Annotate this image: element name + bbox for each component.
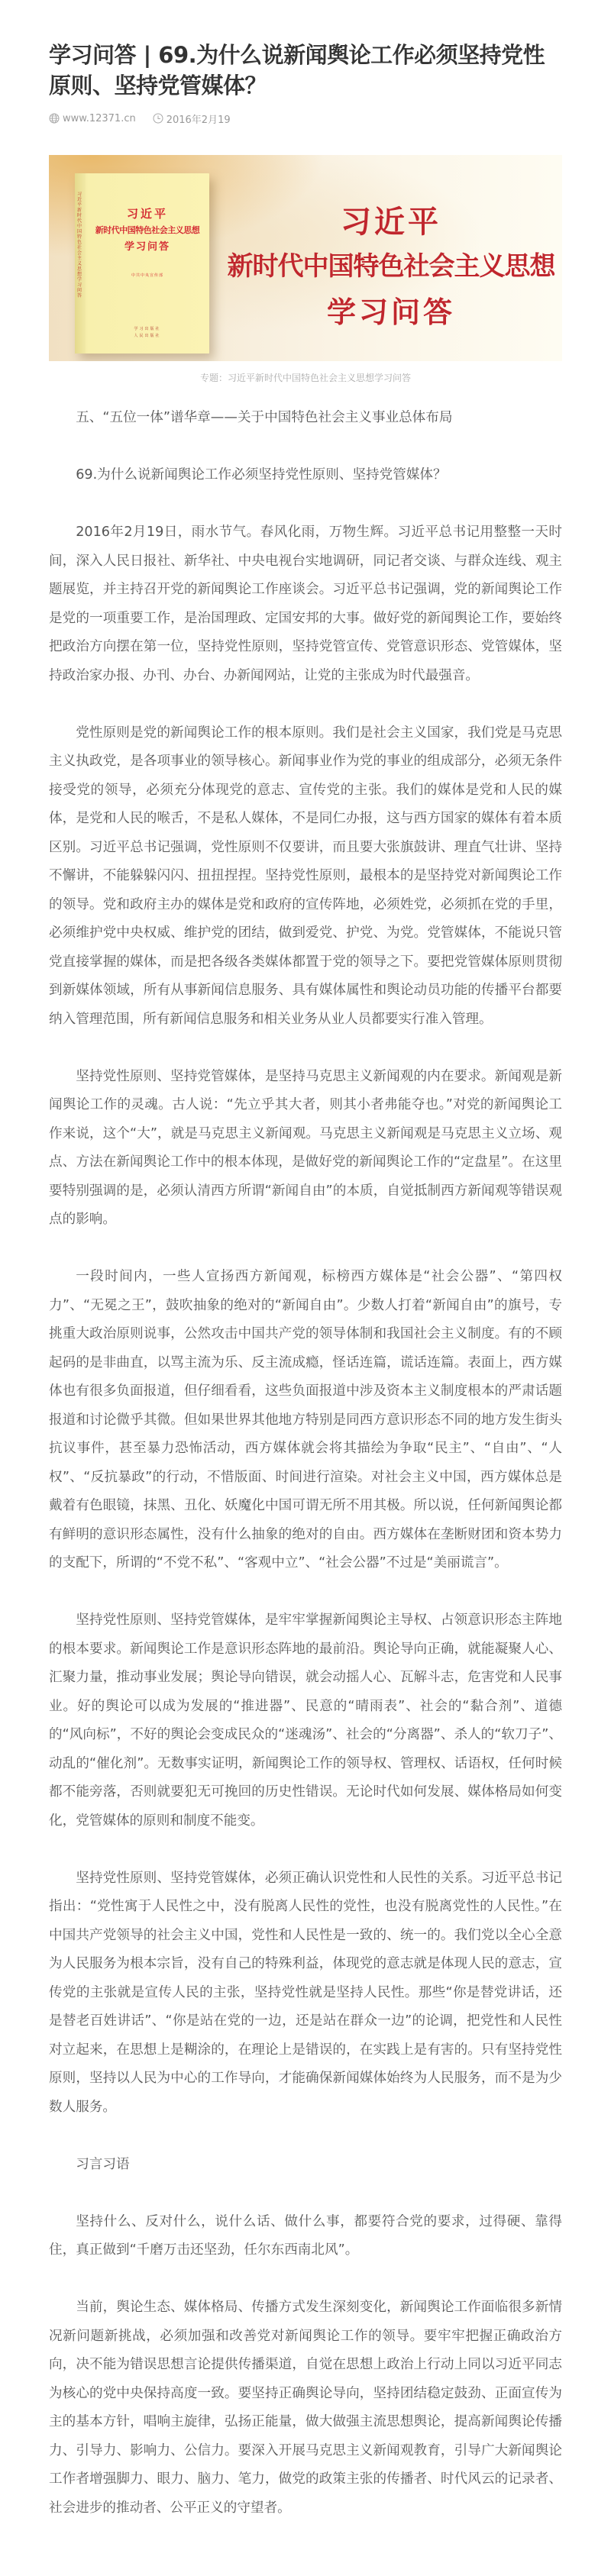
source-meta: www.12371.cn — [49, 113, 136, 124]
clock-icon — [153, 113, 163, 124]
hero-headline-line2: 新时代中国特色社会主义思想 — [226, 244, 556, 289]
hero-headline-line1: 习近平 — [226, 201, 556, 244]
body-paragraph: 党性原则是党的新闻舆论工作的根本原则。我们是社会主义国家，我们党是马克思主义执政… — [49, 719, 562, 1035]
body-paragraph: 2016年2月19日，雨水节气。春风化雨，万物生辉。习近平总书记用整整一天时间，… — [49, 518, 562, 690]
body-paragraph: 坚持党性原则、坚持党管媒体，必须正确认识党性和人民性的关系。习近平总书记指出：“… — [49, 1864, 562, 2122]
body-paragraph: 坚持党性原则、坚持党管媒体，是坚持马克思主义新闻观的内在要求。新闻观是新闻舆论工… — [49, 1063, 562, 1235]
hero-headline: 习近平 新时代中国特色社会主义思想 学习问答 — [226, 201, 556, 335]
book-title: 习近平 新时代中国特色社会主义思想 学习问答 — [86, 205, 209, 256]
book-title-line3: 学习问答 — [86, 239, 209, 256]
date-meta: 2016年2月19 — [153, 111, 231, 126]
book-cover: 习近平新时代中国特色社会主义思想学习问答 习近平 新时代中国特色社会主义思想 学… — [75, 173, 209, 353]
image-caption: 专题：习近平新时代中国特色社会主义思想学习问答 — [49, 370, 562, 386]
body-paragraph: 当前，舆论生态、媒体格局、传播方式发生深刻变化，新闻舆论工作面临很多新情况新问题… — [49, 2294, 562, 2523]
quote-paragraph: 坚持什么、反对什么，说什么话、做什么事，都要符合党的要求，过得硬、靠得住，真正做… — [49, 2208, 562, 2265]
body-paragraph: 坚持党性原则、坚持党管媒体，是牢牢掌握新闻舆论主导权、占领意识形态主阵地的根本要… — [49, 1606, 562, 1835]
book-spine-text: 习近平新时代中国特色社会主义思想学习问答 — [77, 192, 83, 299]
section-heading: 五、“五位一体”谱华章——关于中国特色社会主义事业总体布局 — [49, 404, 562, 433]
body-paragraph: 一段时间内，一些人宣扬西方新闻观，标榜西方媒体是“社会公器”、“第四权力”、“无… — [49, 1263, 562, 1578]
hero-headline-line3: 学习问答 — [226, 289, 556, 335]
publish-date: 2016年2月19 — [166, 111, 231, 126]
quote-section-label: 习言习语 — [49, 2151, 562, 2180]
book-publisher-line2: 人民出版社 — [86, 333, 209, 340]
source-link[interactable]: www.12371.cn — [63, 113, 136, 124]
article: 学习问答 | 69.为什么说新闻舆论工作必须坚持党性原则、坚持党管媒体？ www… — [49, 0, 562, 2523]
page-title: 学习问答 | 69.为什么说新闻舆论工作必须坚持党性原则、坚持党管媒体？ — [49, 40, 562, 101]
article-meta: www.12371.cn 2016年2月19 — [49, 109, 562, 128]
book-title-line1: 习近平 — [86, 205, 209, 222]
hero-image: 习近平新时代中国特色社会主义思想学习问答 习近平 新时代中国特色社会主义思想 学… — [49, 155, 562, 361]
book-spine: 习近平新时代中国特色社会主义思想学习问答 — [75, 173, 86, 353]
globe-icon — [49, 113, 60, 124]
book-subtitle: 中共中央宣传部 — [86, 273, 209, 278]
question-heading: 69.为什么说新闻舆论工作必须坚持党性原则、坚持党管媒体？ — [49, 461, 562, 490]
book-publisher-line1: 学习出版社 — [86, 326, 209, 333]
article-body: 五、“五位一体”谱华章——关于中国特色社会主义事业总体布局 69.为什么说新闻舆… — [49, 404, 562, 2523]
book-publisher: 学习出版社 人民出版社 — [86, 326, 209, 340]
book-title-line2: 新时代中国特色社会主义思想 — [86, 222, 209, 239]
